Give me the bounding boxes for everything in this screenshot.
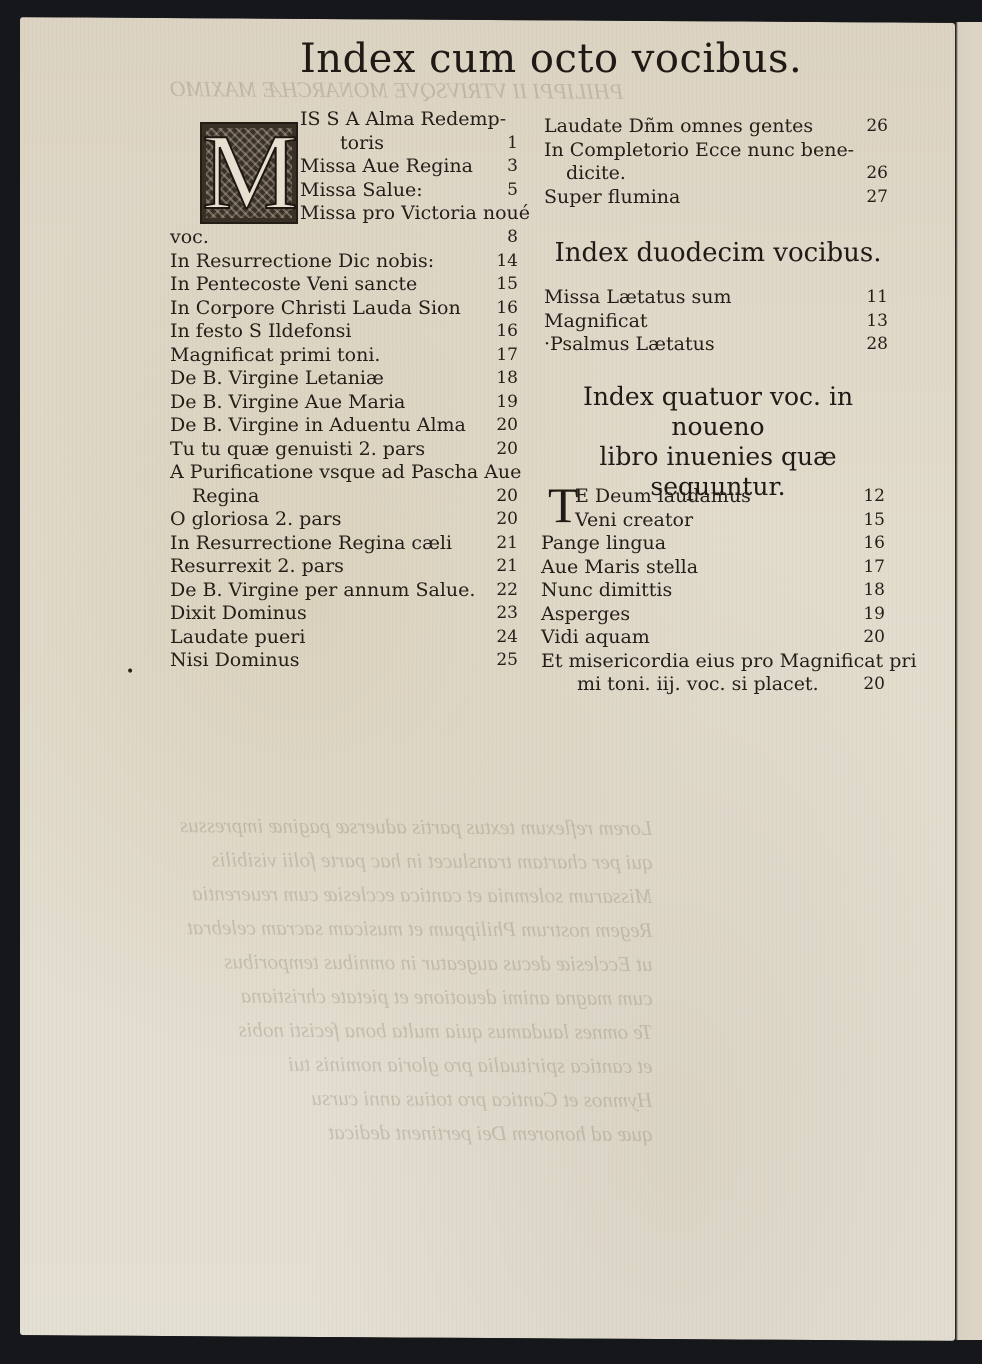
list-item: In Pentecoste Veni sancte15 (170, 273, 520, 297)
page-number: 15 (853, 509, 885, 533)
entry-title: Super flumina (544, 186, 680, 208)
entry-title: mi toni. iij. voc. si placet. (577, 673, 819, 695)
page-number: 27 (856, 186, 888, 210)
page-number: 3 (490, 155, 518, 179)
page-number: 20 (490, 438, 518, 462)
entry-title: ·Psalmus Lætatus (544, 333, 715, 355)
heading-line: Index quatuor voc. in noueno (538, 382, 898, 442)
entry-title: dicite. (566, 162, 626, 184)
entry-title: In festo S Ildefonsi (170, 320, 352, 342)
list-item: E Deum laudamus12 (541, 485, 891, 509)
page-number: 19 (490, 391, 518, 415)
entry-title: Et misericordia eius pro Magnificat pri (541, 650, 917, 672)
list-item: Laudate pueri24 (170, 626, 520, 650)
page-number: 20 (853, 673, 885, 697)
entry-title: voc. (170, 226, 209, 248)
entry-title: Resurrexit 2. pars (170, 555, 344, 577)
page-number: 20 (490, 508, 518, 532)
list-item: toris 1 (300, 132, 528, 156)
page-number: 17 (853, 556, 885, 580)
list-item: Et misericordia eius pro Magnificat pri (541, 650, 891, 674)
entry-title: De B. Virgine Aue Maria (170, 391, 405, 413)
list-item: Missa Salue: 5 (300, 179, 528, 203)
list-item: mi toni. iij. voc. si placet.20 (541, 673, 891, 697)
list-item: De B. Virgine Letaniæ18 (170, 367, 520, 391)
list-item: A Purificatione vsque ad Pascha Aue (170, 461, 520, 485)
list-item: In Resurrectione Dic nobis:14 (170, 250, 520, 274)
entry-title: Laudate Dñm omnes gentes (544, 115, 813, 137)
list-item: Tu tu quæ genuisti 2. pars20 (170, 438, 520, 462)
list-item: O gloriosa 2. pars20 (170, 508, 520, 532)
list-item: Regina20 (170, 485, 520, 509)
entry-title: O gloriosa 2. pars (170, 508, 342, 530)
adjacent-page-edge (955, 22, 982, 1340)
entry-title: Missa Lætatus sum (544, 286, 732, 308)
entry-title: Tu tu quæ genuisti 2. pars (170, 438, 425, 460)
page-number: 23 (490, 602, 518, 626)
page-number: 13 (856, 310, 888, 334)
page-number: 26 (856, 162, 888, 186)
page-number: 19 (853, 603, 885, 627)
list-item: In Corpore Christi Lauda Sion16 (170, 297, 520, 321)
entry-title: In Resurrectione Dic nobis: (170, 250, 434, 272)
entry-title: Veni creator (575, 509, 693, 531)
list-item: In Completorio Ecce nunc bene- (544, 139, 894, 163)
entry-title: Asperges (541, 603, 630, 625)
initial-letter: M (202, 122, 296, 224)
page-number: 11 (856, 286, 888, 310)
section-heading-quatuor: Index quatuor voc. in noueno libro inuen… (538, 382, 898, 502)
section-heading-duodecim: Index duodecim vocibus. (548, 238, 888, 268)
list-item: Vidi aquam20 (541, 626, 891, 650)
list-item: In festo S Ildefonsi16 (170, 320, 520, 344)
page-number: 16 (853, 532, 885, 556)
entry-title: IS S A Alma Redemp- (300, 108, 506, 130)
entry-title: A Purificatione vsque ad Pascha Aue (170, 461, 521, 483)
page-number: 12 (853, 485, 885, 509)
list-item: De B. Virgine per annum Salue.22 (170, 579, 520, 603)
list-item: Resurrexit 2. pars21 (170, 555, 520, 579)
page-number: 20 (490, 485, 518, 509)
page-number: 8 (490, 226, 518, 250)
entry-title: De B. Virgine in Aduentu Alma (170, 414, 466, 436)
octo-lead-lines: IS S A Alma Redemp- toris 1 Missa Aue Re… (300, 108, 528, 226)
entry-title: Aue Maris stella (541, 556, 698, 578)
entry-title: De B. Virgine per annum Salue. (170, 579, 475, 601)
margin-mark: • (126, 664, 134, 680)
list-item: IS S A Alma Redemp- (300, 108, 528, 132)
page-number: 18 (490, 367, 518, 391)
list-item: De B. Virgine Aue Maria19 (170, 391, 520, 415)
list-item: Veni creator15 (541, 509, 891, 533)
list-item: Missa Lætatus sum11 (544, 286, 894, 310)
decorated-initial-m: M (200, 122, 298, 224)
page-number: 16 (490, 320, 518, 344)
page-number: 5 (490, 179, 518, 203)
list-item: ·Psalmus Lætatus28 (544, 333, 894, 357)
entry-title: Nisi Dominus (170, 649, 300, 671)
duodecim-index-list: Missa Lætatus sum11 Magnificat13 ·Psalmu… (544, 286, 894, 357)
list-item: Dixit Dominus23 (170, 602, 520, 626)
entry-title: Missa Aue Regina (300, 155, 473, 177)
page-number: 15 (490, 273, 518, 297)
entry-title: Magnificat (544, 310, 648, 332)
list-item: In Resurrectione Regina cæli21 (170, 532, 520, 556)
heading-line: libro inuenies quæ (538, 442, 898, 472)
entry-title: E Deum laudamus (575, 485, 751, 507)
page-number: 20 (490, 414, 518, 438)
list-item: De B. Virgine in Aduentu Alma20 (170, 414, 520, 438)
list-item: dicite.26 (544, 162, 894, 186)
page-number: 16 (490, 297, 518, 321)
list-item: voc.8 (170, 226, 520, 250)
octo-index-list: voc.8 In Resurrectione Dic nobis:14 In P… (170, 226, 520, 673)
page-number: 14 (490, 250, 518, 274)
entry-title: Nunc dimittis (541, 579, 672, 601)
list-item: Super flumina27 (544, 186, 894, 210)
page-number: 21 (490, 532, 518, 556)
list-item: Magnificat13 (544, 310, 894, 334)
entry-title: In Corpore Christi Lauda Sion (170, 297, 461, 319)
page-number: 25 (490, 649, 518, 673)
bleed-through-text: Lorem reflexum textus partis aduersæ pag… (180, 808, 653, 1151)
entry-title: Missa Salue: (300, 179, 423, 201)
list-item: Missa pro Victoria noué (300, 202, 528, 226)
entry-title: Magnificat primi toni. (170, 344, 380, 366)
entry-title: Vidi aquam (541, 626, 650, 648)
list-item: Magnificat primi toni.17 (170, 344, 520, 368)
page-number: 24 (490, 626, 518, 650)
page-number: 18 (853, 579, 885, 603)
entry-title: In Resurrectione Regina cæli (170, 532, 452, 554)
entry-title: In Pentecoste Veni sancte (170, 273, 417, 295)
list-item: Aue Maris stella17 (541, 556, 891, 580)
quatuor-index-list: E Deum laudamus12 Veni creator15 Pange l… (541, 485, 891, 697)
list-item: Nunc dimittis18 (541, 579, 891, 603)
page-number: 26 (856, 115, 888, 139)
entry-title: De B. Virgine Letaniæ (170, 367, 384, 389)
octo-index-continued: Laudate Dñm omnes gentes26 In Completori… (544, 115, 894, 209)
entry-title: In Completorio Ecce nunc bene- (544, 139, 854, 161)
list-item: Pange lingua16 (541, 532, 891, 556)
page-number: 22 (490, 579, 518, 603)
page-number: 17 (490, 344, 518, 368)
page-title: Index cum octo vocibus. (300, 36, 802, 82)
entry-title: Dixit Dominus (170, 602, 307, 624)
entry-title: Missa pro Victoria noué (300, 202, 530, 224)
page-number: 1 (490, 132, 518, 156)
entry-title: toris (340, 132, 384, 154)
list-item: Asperges19 (541, 603, 891, 627)
page-number: 20 (853, 626, 885, 650)
list-item: Missa Aue Regina 3 (300, 155, 528, 179)
list-item: Nisi Dominus25 (170, 649, 520, 673)
entry-title: Pange lingua (541, 532, 666, 554)
page-number: 28 (856, 333, 888, 357)
page-number: 21 (490, 555, 518, 579)
entry-title: Laudate pueri (170, 626, 305, 648)
list-item: Laudate Dñm omnes gentes26 (544, 115, 894, 139)
entry-title: Regina (192, 485, 259, 507)
